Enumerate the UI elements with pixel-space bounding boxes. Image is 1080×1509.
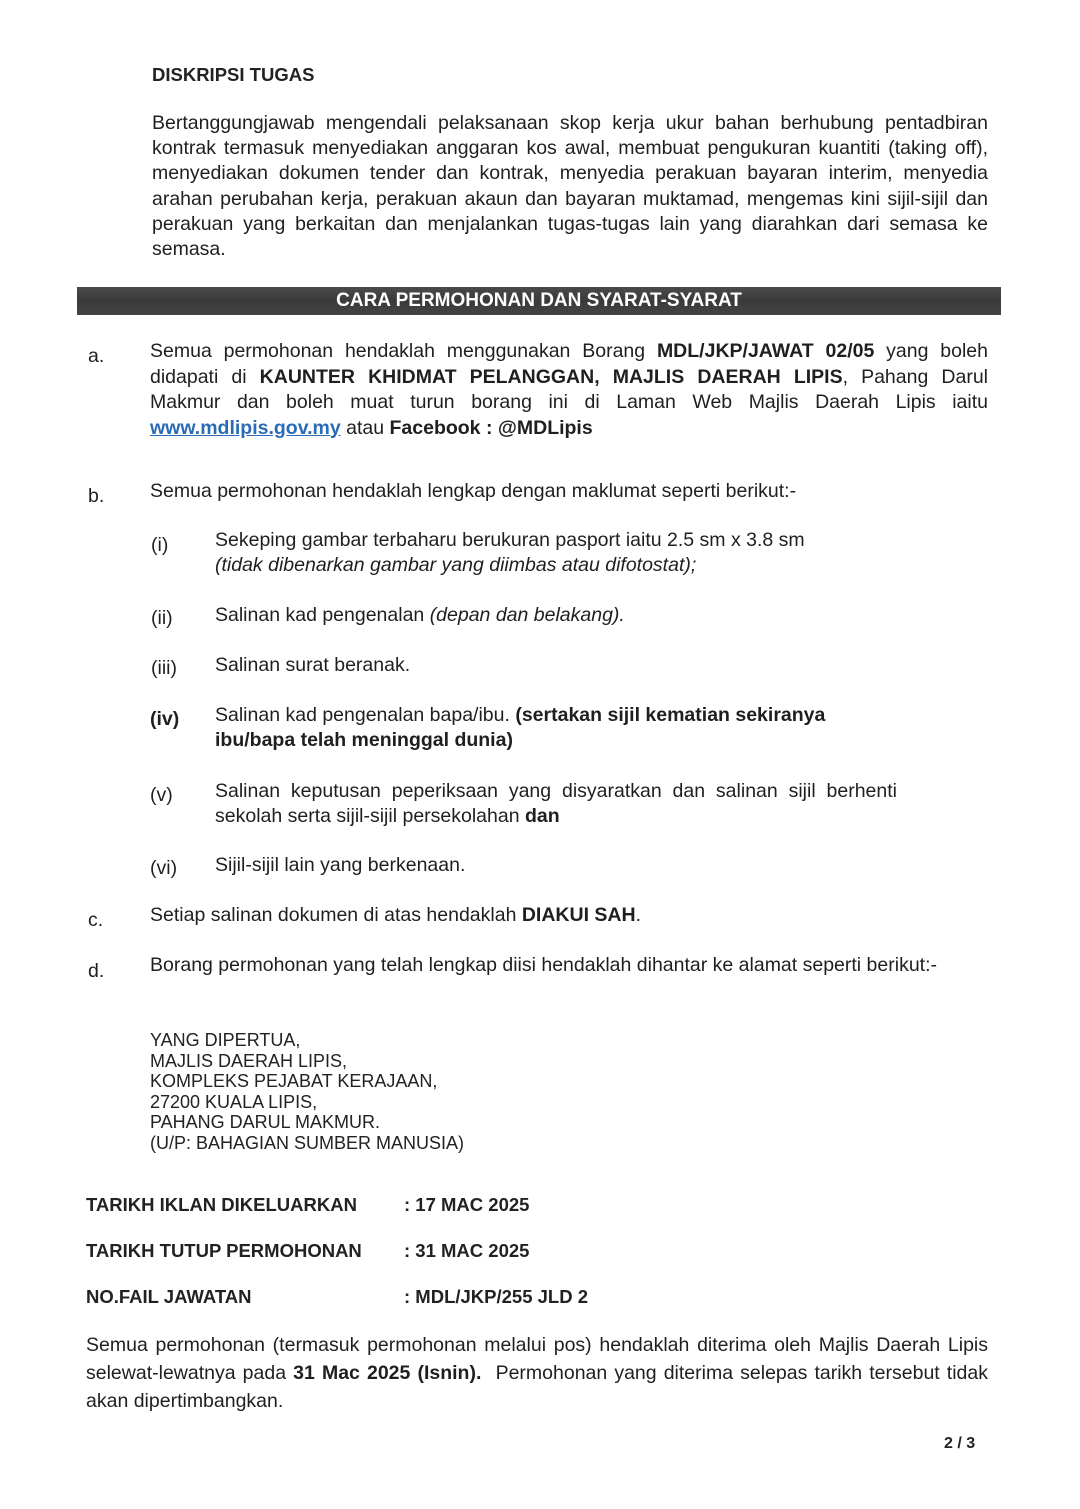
address-line: KOMPLEKS PEJABAT KERAJAAN, bbox=[150, 1071, 464, 1092]
subitem-iv-text: Salinan kad pengenalan bapa/ibu. (sertak… bbox=[215, 703, 897, 753]
subitem-iv-main: Salinan kad pengenalan bapa/ibu. bbox=[215, 704, 515, 726]
closing-deadline: 31 Mac 2025 (Isnin). bbox=[293, 1362, 481, 1384]
subitem-ii-note: (depan dan belakang). bbox=[430, 604, 625, 626]
subitem-iv-marker: (iv) bbox=[150, 707, 179, 732]
ad-issue-date-label: TARIKH IKLAN DIKELUARKAN bbox=[86, 1194, 357, 1216]
item-d-text: Borang permohonan yang telah lengkap dii… bbox=[150, 953, 988, 978]
address-line: 27200 KUALA LIPIS, bbox=[150, 1092, 464, 1113]
subitem-v-text: Salinan keputusan peperiksaan yang disya… bbox=[215, 779, 897, 829]
item-c-marker: c. bbox=[88, 908, 103, 933]
item-a-or: atau bbox=[341, 417, 390, 439]
subitem-iii-text: Salinan surat beranak. bbox=[215, 653, 897, 678]
item-a-marker: a. bbox=[88, 344, 104, 369]
subitem-ii-main: Salinan kad pengenalan bbox=[215, 604, 430, 626]
address-line: MAJLIS DAERAH LIPIS, bbox=[150, 1051, 464, 1072]
subitem-iii-marker: (iii) bbox=[151, 656, 177, 681]
subitem-vi-text: Sijil-sijil lain yang berkenaan. bbox=[215, 853, 897, 878]
address-line: (U/P: BAHAGIAN SUMBER MANUSIA) bbox=[150, 1133, 464, 1154]
subitem-v-note: dan bbox=[525, 805, 560, 827]
subitem-i-note: (tidak dibenarkan gambar yang diimbas at… bbox=[215, 554, 696, 576]
subitem-i-main: Sekeping gambar terbaharu berukuran pasp… bbox=[215, 529, 805, 551]
job-description-heading: DISKRIPSI TUGAS bbox=[152, 64, 314, 86]
form-code: MDL/JKP/JAWAT 02/05 bbox=[657, 340, 874, 362]
file-number-value: : MDL/JKP/255 JLD 2 bbox=[404, 1286, 588, 1308]
item-c-main: Setiap salinan dokumen di atas hendaklah bbox=[150, 904, 522, 926]
item-a-text: Semua permohonan hendaklah menggunakan B… bbox=[150, 339, 988, 441]
closing-paragraph: Semua permohonan (termasuk permohonan me… bbox=[86, 1331, 988, 1415]
item-c-text: Setiap salinan dokumen di atas hendaklah… bbox=[150, 903, 641, 928]
counter-location: KAUNTER KHIDMAT PELANGGAN, MAJLIS DAERAH… bbox=[260, 366, 843, 388]
item-a-intro: Semua permohonan hendaklah menggunakan B… bbox=[150, 340, 657, 362]
address-line: PAHANG DARUL MAKMUR. bbox=[150, 1112, 464, 1133]
subitem-i-text: Sekeping gambar terbaharu berukuran pasp… bbox=[215, 528, 897, 578]
facebook-handle: Facebook : @MDLipis bbox=[390, 417, 593, 439]
ad-issue-date-value: : 17 MAC 2025 bbox=[404, 1194, 529, 1216]
subitem-v-marker: (v) bbox=[150, 783, 173, 808]
address-line: YANG DIPERTUA, bbox=[150, 1030, 464, 1051]
item-b-text: Semua permohonan hendaklah lengkap denga… bbox=[150, 479, 796, 504]
item-d-marker: d. bbox=[88, 959, 104, 984]
item-c-emphasis: DIAKUI SAH bbox=[522, 904, 636, 926]
website-link[interactable]: www.mdlipis.gov.my bbox=[150, 417, 341, 439]
mailing-address: YANG DIPERTUA, MAJLIS DAERAH LIPIS, KOMP… bbox=[150, 1030, 464, 1153]
closing-date-label: TARIKH TUTUP PERMOHONAN bbox=[86, 1240, 362, 1262]
file-number-label: NO.FAIL JAWATAN bbox=[86, 1286, 251, 1308]
item-c-end: . bbox=[636, 904, 641, 926]
subitem-vi-marker: (vi) bbox=[150, 856, 177, 881]
subitem-ii-marker: (ii) bbox=[151, 606, 173, 631]
application-section-header: CARA PERMOHONAN DAN SYARAT-SYARAT bbox=[77, 287, 1001, 315]
subitem-ii-text: Salinan kad pengenalan (depan dan belaka… bbox=[215, 603, 897, 628]
job-description-text: Bertanggungjawab mengendali pelaksanaan … bbox=[152, 111, 988, 262]
page-number: 2 / 3 bbox=[944, 1435, 975, 1453]
subitem-i-marker: (i) bbox=[151, 533, 168, 558]
item-b-marker: b. bbox=[88, 484, 104, 509]
closing-date-value: : 31 MAC 2025 bbox=[404, 1240, 529, 1262]
